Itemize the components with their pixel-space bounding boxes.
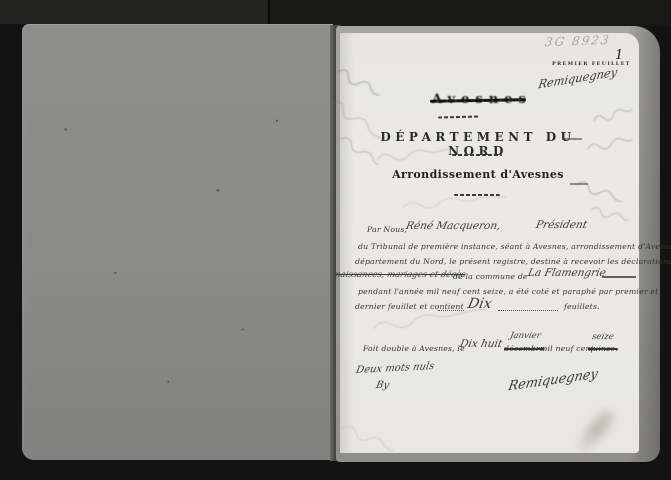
- magistrate-signature-top: Remiquegney: [537, 64, 618, 91]
- handwritten-magistrate-name: Réné Macqueron,: [405, 220, 502, 232]
- closing-printed-mid: mil neuf cent: [540, 344, 594, 353]
- handwritten-commune: La Flamengrie: [527, 267, 607, 279]
- premier-feuillet-label: PREMIER FEUILLET: [552, 61, 631, 67]
- background-patch-top-right: [270, 0, 671, 26]
- heading-divider: [438, 115, 480, 118]
- struck-month: décembre: [504, 344, 545, 353]
- magistrate-signature-bottom: Remiquegney: [507, 366, 599, 394]
- body-line-tribunal: du Tribunal de première instance, séant …: [358, 242, 671, 251]
- handwritten-month: Janvier: [509, 331, 542, 341]
- background-patch-top-left: [0, 0, 269, 24]
- book-inside-cover: [22, 24, 333, 460]
- body-par-nous: Par Nous,: [367, 225, 407, 234]
- body-feuillets-label: feuillets.: [564, 302, 600, 311]
- struck-year: quinze.: [588, 344, 618, 353]
- paraph-initials: By: [375, 380, 390, 391]
- scanned-register-photo: 3G 8923 1 PREMIER FEUILLET Remiquegney A…: [0, 0, 671, 480]
- body-line-pendant: pendant l'année mil neuf cent seize, a é…: [358, 287, 658, 296]
- body-commune-printed: de la commune de: [453, 272, 528, 281]
- archive-reference: 3G 8923: [544, 33, 612, 49]
- department-divider: [452, 154, 502, 156]
- margin-dash-mark: [562, 138, 582, 140]
- commune-fill-dash: [602, 276, 636, 278]
- body-line-departement: département du Nord, le présent registre…: [355, 257, 671, 266]
- closing-printed-pre: Fait double à Avesnes, le: [363, 344, 465, 353]
- handwritten-year: seize: [591, 332, 615, 342]
- arrondissement-title: Arrondissement d'Avesnes: [350, 168, 606, 181]
- handwritten-president: Président: [535, 219, 589, 231]
- register-first-leaf: 3G 8923 1 PREMIER FEUILLET Remiquegney A…: [340, 33, 639, 454]
- note-deux-mots: Deux mots nuls: [355, 361, 435, 376]
- handwritten-day: Dix huit: [459, 338, 504, 350]
- handwritten-acts: naissances, mariages et décès: [334, 270, 467, 280]
- ink-stain: [568, 403, 622, 462]
- dotted-fill-line: [498, 309, 558, 311]
